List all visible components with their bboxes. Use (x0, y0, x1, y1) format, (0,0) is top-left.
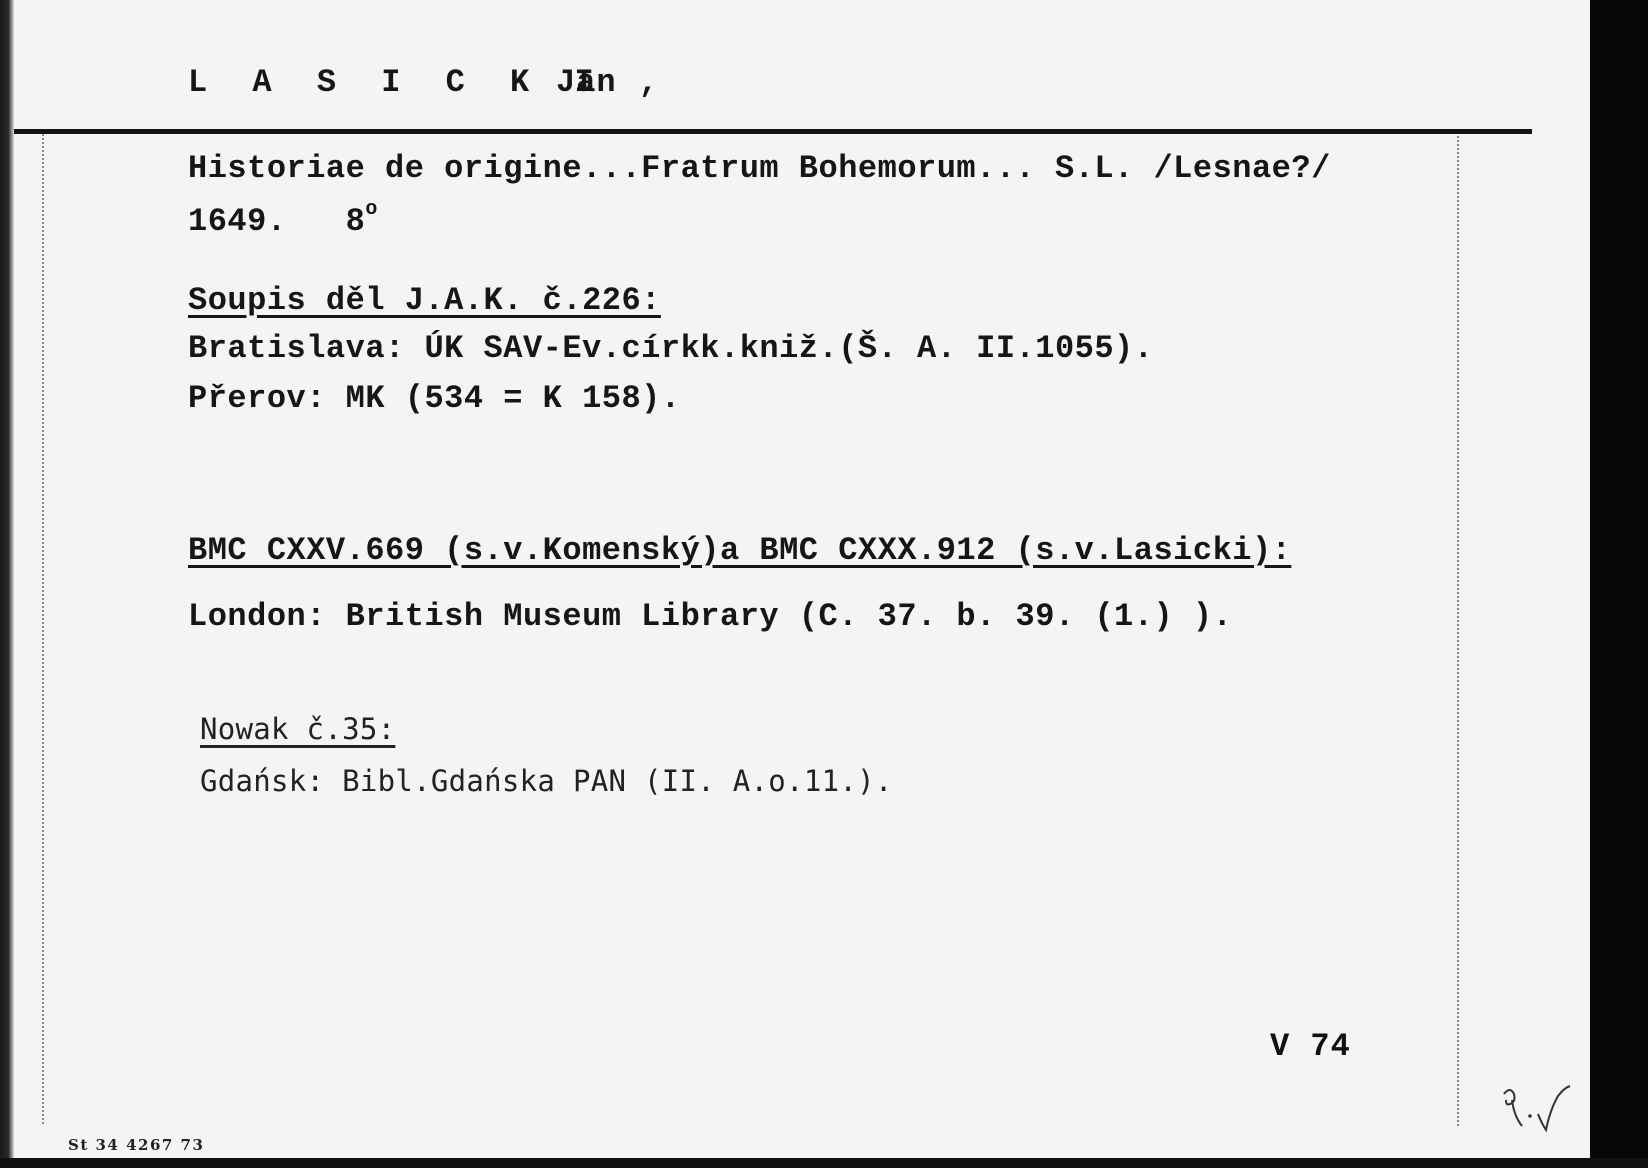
card-left-edge (0, 0, 14, 1160)
printer-stamp: St 34 4267 73 (68, 1136, 204, 1154)
handwritten-note-icon (1498, 1080, 1578, 1140)
source-nowak: Nowak č.35: (200, 712, 395, 746)
title-line-2: 1649. 8o (188, 198, 378, 240)
holding-prerov: Přerov: MK (534 = K 158). (188, 380, 681, 417)
holding-london: London: British Museum Library (C. 37. b… (188, 598, 1232, 635)
scan-background-bottom (0, 1158, 1648, 1168)
header-rule (14, 129, 1532, 134)
shelfmark: V 74 (1270, 1028, 1351, 1065)
right-margin-line (1457, 136, 1459, 1126)
book-format-superscript: o (365, 198, 378, 221)
holding-gdansk: Gdańsk: Bibl.Gdańska PAN (II. A.o.11.). (200, 764, 893, 798)
holding-bratislava: Bratislava: ÚK SAV-Ev.církk.kniž.(Š. A. … (188, 330, 1153, 367)
source-bmc: BMC CXXV.669 (s.v.Komenský)a BMC CXXX.91… (188, 532, 1291, 569)
author-given-name: Jan (556, 64, 617, 101)
catalog-card: L A S I C K I , Jan Historiae de origine… (0, 0, 1590, 1160)
scan-background-right (1590, 0, 1648, 1168)
publication-year: 1649. (188, 203, 287, 240)
source-soupis: Soupis děl J.A.K. č.226: (188, 282, 661, 319)
book-format: 8 (346, 203, 366, 240)
title-line-1: Historiae de origine...Fratrum Bohemorum… (188, 150, 1331, 187)
left-margin-line (42, 134, 44, 1124)
